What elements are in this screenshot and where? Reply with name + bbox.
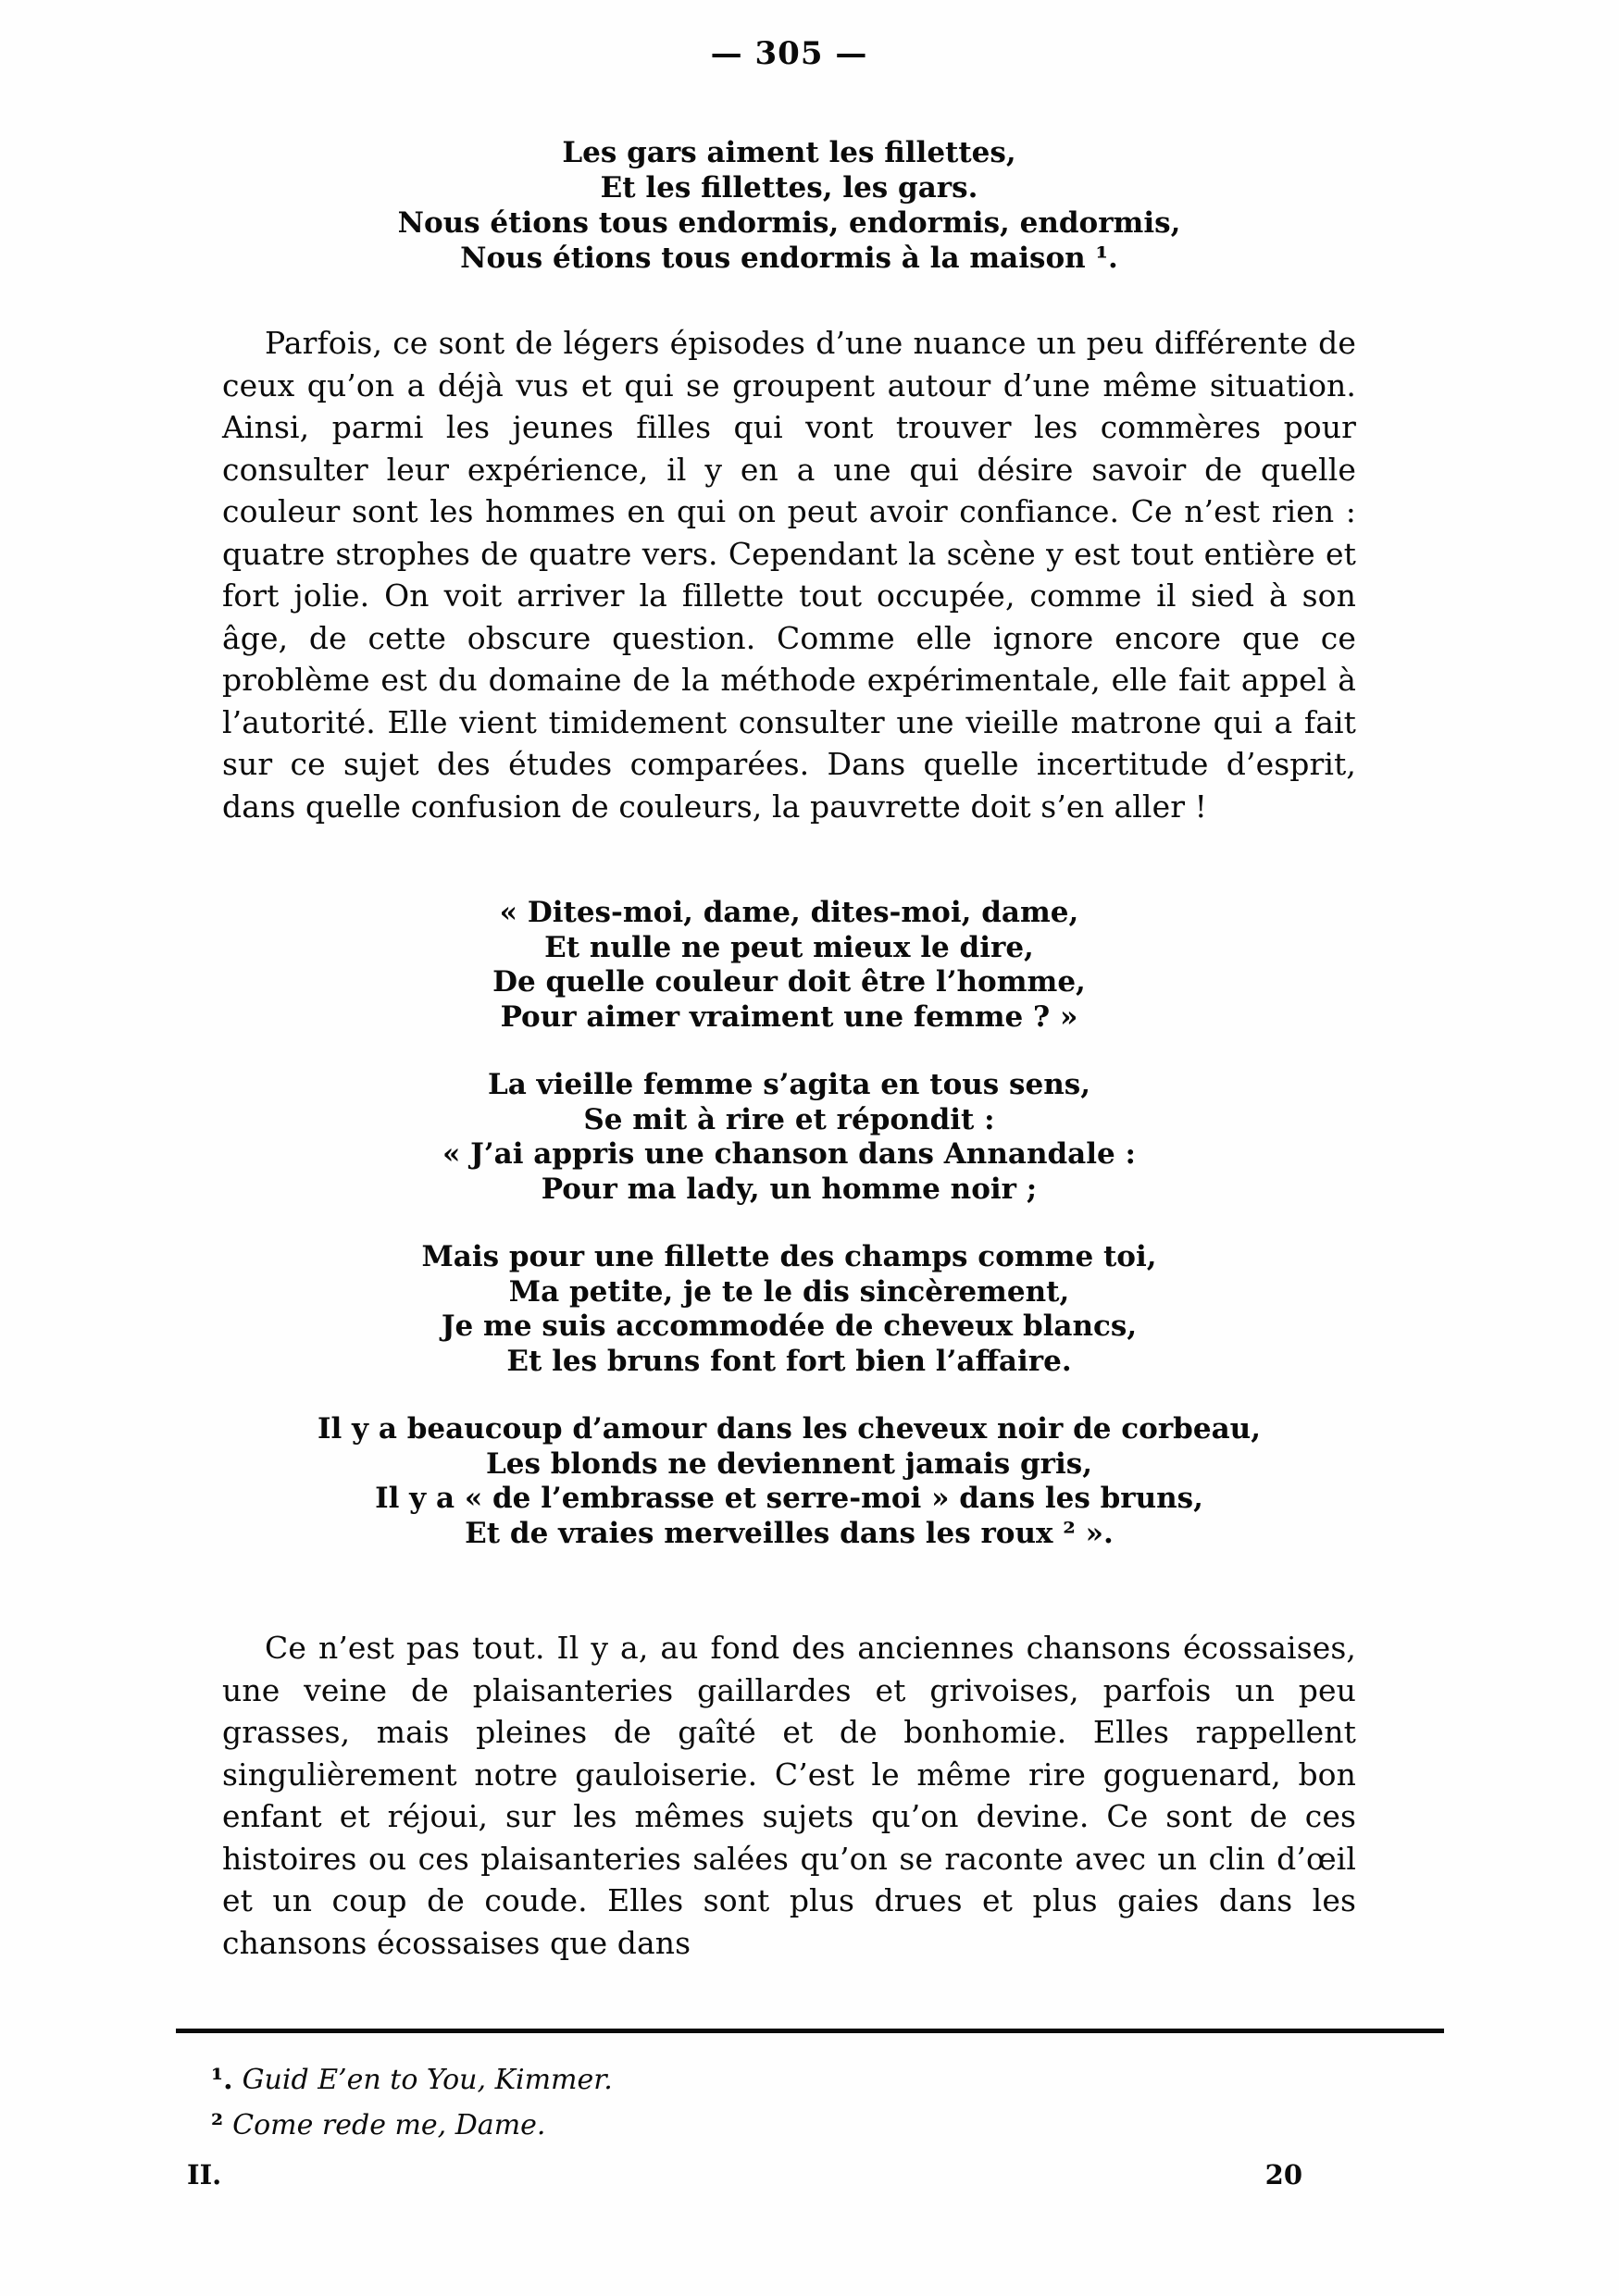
stanza-old-woman: La vieille femme s’agita en tous sens, S…: [222, 1068, 1356, 1207]
verse-line: Nous étions tous endormis, endormis, end…: [222, 205, 1356, 241]
verse-line: « J’ai appris une chanson dans Annandale…: [222, 1137, 1356, 1173]
book-page: — 305 — Les gars aiment les fillettes, E…: [0, 0, 1619, 2296]
verse-line: Je me suis accommodée de cheveux blancs,: [222, 1309, 1356, 1345]
signature-number: 20: [1265, 2159, 1302, 2191]
verse-line: Ma petite, je te le dis sincèrement,: [222, 1275, 1356, 1310]
verse-line: Les blonds ne deviennent jamais gris,: [222, 1447, 1356, 1483]
paragraph-first: Parfois, ce sont de légers épisodes d’un…: [222, 322, 1356, 827]
verse-line: « Dites-moi, dame, dites-moi, dame,: [222, 896, 1356, 931]
verse-line: Pour aimer vraiment une femme ? »: [222, 1000, 1356, 1036]
verse-line: Pour ma lady, un homme noir ;: [222, 1173, 1356, 1208]
song-stanzas: « Dites-moi, dame, dites-moi, dame, Et n…: [222, 896, 1356, 1551]
verse-line: Et les bruns font fort bien l’affaire.: [222, 1345, 1356, 1380]
footnote: ²Come rede me, Dame.: [211, 2103, 1356, 2148]
verse-line: Et de vraies merveilles dans les roux ² …: [222, 1517, 1356, 1552]
page-number: — 305 —: [222, 35, 1356, 72]
volume-label: II.: [187, 2159, 221, 2191]
footnote: ¹.Guid E’en to You, Kimmer.: [211, 2057, 1356, 2103]
verse-line: Se mit à rire et répondit :: [222, 1103, 1356, 1138]
stanza-hair-colors: Il y a beaucoup d’amour dans les cheveux…: [222, 1412, 1356, 1551]
verse-line: Nous étions tous endormis à la maison ¹.: [222, 241, 1356, 276]
verse-line: Et les fillettes, les gars.: [222, 170, 1356, 205]
verse-line: De quelle couleur doit être l’homme,: [222, 965, 1356, 1000]
stanza-advice: Mais pour une fillette des champs comme …: [222, 1240, 1356, 1379]
verse-line: Il y a « de l’embrasse et serre-moi » da…: [222, 1482, 1356, 1517]
footnote-separator-rule: [176, 2029, 1444, 2033]
opening-verse: Les gars aiment les fillettes, Et les fi…: [222, 135, 1356, 276]
verse-line: La vieille femme s’agita en tous sens,: [222, 1068, 1356, 1103]
verse-line: Il y a beaucoup d’amour dans les cheveux…: [222, 1412, 1356, 1447]
footnote-text: Come rede me, Dame.: [232, 2109, 545, 2141]
footnote-marker: ¹.: [211, 2064, 243, 2096]
footnotes: ¹.Guid E’en to You, Kimmer. ²Come rede m…: [211, 2057, 1356, 2148]
verse-line: Mais pour une fillette des champs comme …: [222, 1240, 1356, 1275]
paragraph-second: Ce n’est pas tout. Il y a, au fond des a…: [222, 1627, 1356, 1964]
page-footer: II. 20: [187, 2159, 1356, 2191]
stanza-dialogue-question: « Dites-moi, dame, dites-moi, dame, Et n…: [222, 896, 1356, 1035]
verse-line: Les gars aiment les fillettes,: [222, 135, 1356, 170]
footnote-marker: ²: [211, 2109, 232, 2141]
verse-line: Et nulle ne peut mieux le dire,: [222, 931, 1356, 966]
footnote-text: Guid E’en to You, Kimmer.: [243, 2064, 613, 2096]
